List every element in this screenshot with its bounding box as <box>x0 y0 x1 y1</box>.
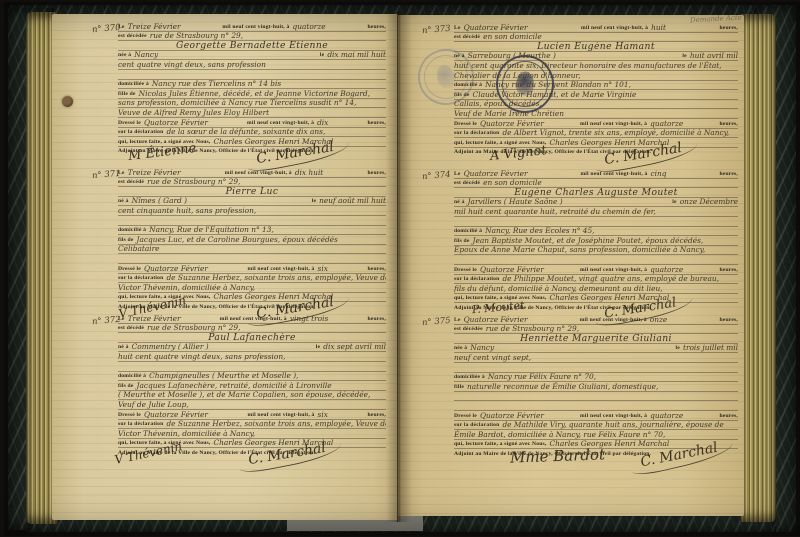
record-row: Pierre Luc <box>118 187 386 197</box>
handwritten-text: Nancy rue du Sergent Blandan n° 101, <box>485 81 631 89</box>
record-row <box>118 254 386 264</box>
handwritten-text: Nîmes ( Gard ) <box>132 197 187 205</box>
record-row: fils deJacques Lafanechère, retraité, do… <box>118 381 386 391</box>
handwritten-text: neuf août mil huit <box>319 197 386 205</box>
printed-label: mil neuf cent vingt-huit, à <box>580 171 647 178</box>
printed-label: sur la déclaration <box>454 276 499 283</box>
handwritten-text: cinq <box>651 170 667 178</box>
handwritten-text: rue de Strasbourg n° 29, <box>147 178 240 186</box>
record-row: né àJarvillers ( Haute Saône )leonze Déc… <box>454 198 738 208</box>
record-row <box>454 401 738 411</box>
handwritten-text: neuf cent vingt sept, <box>454 354 531 362</box>
handwritten-text: Époux de Anne Marie Chaput, sans profess… <box>454 246 705 254</box>
printed-label: le <box>312 198 316 205</box>
printed-label: domicilié à <box>454 228 482 235</box>
record-row: est décédéerue de Strasbourg n° 29, <box>118 32 386 42</box>
handwritten-text: de Suzanne Herbez, soixante trois ans, e… <box>166 420 386 428</box>
handwritten-text: six <box>318 265 328 273</box>
printed-label: heures, <box>367 266 386 273</box>
handwritten-text: Victor Thévenin, domiciliée à Nancy, <box>118 430 255 438</box>
record-row: Victor Thévenin, domiciliée à Nancy, <box>118 283 386 293</box>
handwritten-text: cent cinquante huit, sans profession, <box>118 207 256 215</box>
handwritten-text: Quatorze Février <box>480 412 544 420</box>
printed-label: mil neuf cent vingt-huit, à <box>247 120 314 127</box>
printed-label: mil neuf cent vingt-huit, à <box>580 317 647 324</box>
printed-label: Le <box>118 170 125 177</box>
printed-label: fils de <box>118 237 134 244</box>
printed-label: Le <box>118 24 125 31</box>
punch-hole <box>62 96 73 107</box>
register-page-right: Demande Acte n° 373LeQuatorze Févriermil… <box>398 15 744 516</box>
printed-label: né à <box>454 199 465 206</box>
printed-label: mil neuf cent vingt-huit, à <box>580 121 647 128</box>
handwritten-text: Paul Lafanechère <box>208 333 296 342</box>
handwritten-text: Veuve de Alfred Remy Jules Eloy Hilbert <box>118 109 269 117</box>
printed-label: sur la déclaration <box>118 421 163 428</box>
printed-label: est décédé <box>118 179 144 186</box>
record-row: mil huit cent quarante huit, retraité du… <box>454 207 738 217</box>
handwritten-text: Quatorze Février <box>464 316 528 324</box>
record-row: Dressé leQuatorze Févriermil neuf cent v… <box>454 119 738 129</box>
record-row: est décédéen son domicile <box>454 33 738 43</box>
handwritten-text: quatorze <box>650 412 683 420</box>
death-record-entry: LeTreize Févriermil neuf cent vingt-huit… <box>118 314 386 457</box>
record-row: sur la déclarationde Albert Vignot, tren… <box>454 129 738 139</box>
record-row: domicilié àNancy, Rue de l'Équitation n°… <box>118 226 386 236</box>
record-row: LeQuatorze Févriermil neuf cent vingt-hu… <box>454 315 738 325</box>
record-row: LeTreize Févriermil neuf cent vingt-huit… <box>118 314 386 324</box>
handwritten-text: Célibataire <box>118 245 160 253</box>
record-row: née àNancyletrois juillet mil <box>454 344 738 354</box>
handwritten-text: Jacques Luc, et de Caroline Bourgues, ép… <box>137 236 338 244</box>
record-row: Dressé leQuatorze Févriermil neuf cent v… <box>118 410 386 420</box>
handwritten-text: huit cent quatre vingt deux, sans profes… <box>118 353 285 361</box>
record-row: ( Meurthe et Moselle ), et de Marie Copa… <box>118 391 386 401</box>
record-row: sans profession, domiciliée à Nancy rue … <box>118 99 386 109</box>
printed-label: est décédée <box>118 33 147 40</box>
printed-label: née à <box>118 52 131 59</box>
record-row <box>118 70 386 80</box>
record-row: Eugène Charles Auguste Moutet <box>454 188 738 198</box>
handwritten-text: Quatorze Février <box>144 265 208 273</box>
record-row: sur la déclarationde Philippe Moutet, vi… <box>454 275 738 285</box>
record-row: huit cent quarante six, Directeur honora… <box>454 61 738 71</box>
printed-label: né à <box>118 344 129 351</box>
record-row: fils deJacques Luc, et de Caroline Bourg… <box>118 235 386 245</box>
handwritten-text: trois juillet mil <box>683 344 738 352</box>
printed-label: le <box>672 199 676 206</box>
handwritten-text: de la sœur de la défunte, soixante dix a… <box>166 128 325 136</box>
record-row: sur la déclarationde Suzanne Herbez, soi… <box>118 274 386 284</box>
record-row: Callais, époux décédés, <box>454 100 738 110</box>
death-record-entry: LeQuatorze Févriermil neuf cent vingt-hu… <box>454 23 738 156</box>
handwritten-text: de Albert Vignot, trente six ans, employ… <box>502 129 729 137</box>
printed-label: Le <box>118 316 125 323</box>
record-row: domiciliée àNancy rue Félix Faure n° 70, <box>454 373 738 383</box>
printed-label: domiciliée à <box>118 81 149 88</box>
printed-label: mil neuf cent vingt-huit, à <box>580 267 647 274</box>
printed-label: est décédé <box>454 34 480 41</box>
printed-label: le <box>676 345 680 352</box>
handwritten-text: six <box>318 411 328 419</box>
handwritten-text: Jacques Lafanechère, retraité, domicilié… <box>137 382 332 390</box>
record-row: Dressé leQuatorze Févriermil neuf cent v… <box>118 264 386 274</box>
record-row: est décédérue de Strasbourg n° 29, <box>118 324 386 334</box>
printed-label: sur la déclaration <box>454 422 499 429</box>
printed-label: heures, <box>367 120 386 127</box>
handwritten-text: Lucien Eugène Hamant <box>537 42 655 51</box>
handwritten-text: Émile Bardot, domiciliée à Nancy, rue Fé… <box>454 431 665 439</box>
handwritten-text: ( Meurthe et Moselle ), et de Marie Copa… <box>118 391 370 399</box>
entry-number: n° 374 <box>422 170 451 182</box>
handwritten-text: Chevalier de la Légion d'honneur, <box>454 72 581 80</box>
record-row: neuf cent vingt sept, <box>454 353 738 363</box>
printed-label: heures, <box>719 267 738 274</box>
handwritten-text: Quatorze Février <box>144 411 208 419</box>
printed-label: né à <box>118 198 129 205</box>
handwritten-text: onze <box>650 316 667 324</box>
record-row: né àNîmes ( Gard )leneuf août mil huit <box>118 197 386 207</box>
record-row: Dressé leQuatorze Févriermil neuf cent v… <box>118 118 386 128</box>
record-row: Dressé leQuatorze Févriermil neuf cent v… <box>454 411 738 421</box>
printed-label: née à <box>454 345 467 352</box>
page-stack-edges-right <box>740 14 776 522</box>
record-row: Henriette Marguerite Giuliani <box>454 334 738 344</box>
handwritten-text: Treize Février <box>128 315 181 323</box>
handwritten-text: de Philippe Moutet, vingt quatre ans, em… <box>502 275 719 283</box>
handwritten-text: Quatorze Février <box>480 266 544 274</box>
record-row: Célibataire <box>118 245 386 255</box>
handwritten-text: quatorze <box>650 266 683 274</box>
register-page-left: n° 370LeTreize Févriermil neuf cent ving… <box>52 14 398 520</box>
printed-label: fille <box>454 384 464 391</box>
printed-label: mil neuf cent vingt-huit, à <box>247 412 314 419</box>
handwritten-text: quatorze <box>292 23 325 31</box>
printed-label: domicilié à <box>118 227 146 234</box>
handwritten-text: Henriette Marguerite Giuliani <box>520 334 672 343</box>
printed-label: Dressé le <box>118 120 141 127</box>
handwritten-text: Jarvillers ( Haute Saône ) <box>468 198 563 206</box>
record-row: cent quatre vingt deux, sans profession <box>118 60 386 70</box>
handwritten-text: rue de Strasbourg n° 29, <box>147 324 240 332</box>
printed-label: Dressé le <box>454 267 477 274</box>
record-row: est décédéerue de Strasbourg n° 29, <box>454 325 738 335</box>
printed-label: Le <box>454 25 461 32</box>
printed-label: est décédée <box>454 326 483 333</box>
printed-label: mil neuf cent vingt-huit, à <box>222 24 289 31</box>
handwritten-text: cent quatre vingt deux, sans profession <box>118 61 266 69</box>
printed-label: mil neuf cent vingt-huit, à <box>581 25 648 32</box>
entry-number: n° 371 <box>92 169 121 181</box>
handwritten-text: naturelle reconnue de Émilie Giuliani, d… <box>467 383 658 391</box>
printed-label: domiciliée à <box>454 374 485 381</box>
handwritten-text: de Mathilde Viry, quarante huit ans, jou… <box>502 421 723 429</box>
handwritten-text: Nancy rue des Tiercelins n° 14 bis <box>152 80 281 88</box>
printed-label: Dressé le <box>118 266 141 273</box>
record-row: sur la déclarationde la sœur de la défun… <box>118 128 386 138</box>
printed-label: heures, <box>367 24 386 31</box>
printed-label: né à <box>454 53 465 60</box>
record-row: domicilié àChampigneulles ( Meurthe et M… <box>118 372 386 382</box>
entry-number: n° 373 <box>422 24 451 36</box>
printed-label: est décédé <box>454 180 480 187</box>
printed-label: mil neuf cent vingt-huit, à <box>220 316 287 323</box>
death-record-entry: LeQuatorze Févriermil neuf cent vingt-hu… <box>454 169 738 312</box>
printed-label: le <box>320 52 324 59</box>
printed-label: domicilié à <box>118 373 146 380</box>
printed-label: fils de <box>454 92 470 99</box>
record-row: Veuve de Alfred Remy Jules Eloy Hilbert <box>118 108 386 118</box>
record-row: LeQuatorze Févriermil neuf cent vingt-hu… <box>454 23 738 33</box>
entry-number: n° 375 <box>422 316 451 328</box>
record-row: né àCommentry ( Allier )ledix sept avril… <box>118 343 386 353</box>
handwritten-text: dix huit <box>295 169 323 177</box>
handwritten-text: quatorze <box>650 120 683 128</box>
printed-label: mil neuf cent vingt-huit, à <box>580 413 647 420</box>
entry-number: n° 372 <box>92 315 121 327</box>
handwritten-text: en son domicile <box>483 179 542 187</box>
handwritten-text: Georgette Bernadette Étienne <box>176 41 328 50</box>
printed-label: Dressé le <box>454 121 477 128</box>
record-row: fils deJean Baptiste Moutet, et de Josép… <box>454 236 738 246</box>
printed-label: fille de <box>118 91 136 98</box>
handwritten-text: Nancy rue Félix Faure n° 70, <box>488 373 596 381</box>
printed-label: Le <box>454 317 461 324</box>
handwritten-text: Quatorze Février <box>464 24 528 32</box>
printed-label: heures, <box>367 170 386 177</box>
handwritten-text: sans profession, domiciliée à Nancy rue … <box>118 99 356 107</box>
handwritten-text: Quatorze Février <box>464 170 528 178</box>
record-row: Émile Bardot, domiciliée à Nancy, rue Fé… <box>454 430 738 440</box>
printed-label: sur la déclaration <box>118 129 163 136</box>
record-row: est décédéen son domicile <box>454 179 738 189</box>
record-row: Époux de Anne Marie Chaput, sans profess… <box>454 246 738 256</box>
handwritten-text: Nancy, Rue des Écoles n° 45, <box>485 227 594 235</box>
record-row: sur la déclarationde Mathilde Viry, quar… <box>454 421 738 431</box>
handwritten-text: rue de Strasbourg n° 29, <box>150 32 243 40</box>
record-row: LeTreize Févriermil neuf cent vingt-huit… <box>118 22 386 32</box>
handwritten-text: Nicolas Jules Étienne, décédé, et de Jea… <box>139 90 370 98</box>
printed-label: heures, <box>719 25 738 32</box>
record-row: domiciliée àNancy rue des Tiercelins n° … <box>118 80 386 90</box>
record-row: né àSarrebourg ( Meurthe )lehuit avril m… <box>454 52 738 62</box>
handwritten-text: Pierre Luc <box>226 187 279 196</box>
record-row: fils du défunt, domicilié à Nancy, demeu… <box>454 284 738 294</box>
record-row: Veuf de Marie Irène Chrétien <box>454 109 738 119</box>
death-record-entry: LeTreize Févriermil neuf cent vingt-huit… <box>118 168 386 311</box>
handwritten-text: Nancy <box>470 344 494 352</box>
record-row: domicilié àNancy, Rue des Écoles n° 45, <box>454 227 738 237</box>
record-row: Victor Thévenin, domiciliée à Nancy, <box>118 429 386 439</box>
entry-number: n° 370 <box>92 23 121 35</box>
signature: Mme Bardot <box>510 445 606 466</box>
handwritten-text: vingt trois <box>290 315 328 323</box>
book-gutter-shadow <box>386 12 412 522</box>
printed-label: heures, <box>719 413 738 420</box>
record-row: fillenaturelle reconnue de Émilie Giulia… <box>454 382 738 392</box>
record-row: sur la déclarationde Suzanne Herbez, soi… <box>118 420 386 430</box>
record-row <box>454 363 738 373</box>
handwritten-text: Victor Thévenin, domiciliée à Nancy, <box>118 284 255 292</box>
handwritten-text: Treize Février <box>128 23 181 31</box>
printed-label: est décédé <box>118 325 144 332</box>
printed-label: domicilié à <box>454 82 482 89</box>
handwritten-text: Treize Février <box>128 169 181 177</box>
handwritten-text: Jean Baptiste Moutet, et de Joséphine Po… <box>473 237 704 245</box>
printed-label: sur la déclaration <box>454 130 499 137</box>
printed-label: heures, <box>367 316 386 323</box>
printed-label: Dressé le <box>118 412 141 419</box>
record-row <box>118 362 386 372</box>
handwritten-text: huit avril mil <box>690 52 738 60</box>
printed-label: fils de <box>454 238 470 245</box>
handwritten-text: fils du défunt, domicilié à Nancy, demeu… <box>454 285 663 293</box>
photograph-of-register: n° 370LeTreize Févriermil neuf cent ving… <box>0 0 800 537</box>
printed-label: Le <box>454 171 461 178</box>
record-row: née àNancyledix mai mil huit <box>118 51 386 61</box>
record-row: LeTreize Févriermil neuf cent vingt-huit… <box>118 168 386 178</box>
handwritten-text: huit cent quarante six, Directeur honora… <box>454 62 722 70</box>
printed-label: sur la déclaration <box>118 275 163 282</box>
handwritten-text: Eugène Charles Auguste Moutet <box>514 188 677 197</box>
handwritten-text: Quatorze Février <box>480 120 544 128</box>
handwritten-text: Commentry ( Allier ) <box>132 343 209 351</box>
record-row <box>454 255 738 265</box>
printed-label: Dressé le <box>454 413 477 420</box>
record-row: Paul Lafanechère <box>118 333 386 343</box>
record-row: huit cent quatre vingt deux, sans profes… <box>118 352 386 362</box>
handwritten-text: Veuf de Marie Irène Chrétien <box>454 110 564 118</box>
printed-label: mil neuf cent vingt-huit, à <box>225 170 292 177</box>
handwritten-text: de Suzanne Herbez, soixante trois ans, e… <box>166 274 386 282</box>
handwritten-text: dix <box>317 119 328 127</box>
handwritten-text: dix sept avril mil <box>323 343 386 351</box>
handwritten-text: mil huit cent quarante huit, retraité du… <box>454 208 656 216</box>
record-row: cent cinquante huit, sans profession, <box>118 206 386 216</box>
handwritten-text: Quatorze Février <box>144 119 208 127</box>
handwritten-text: Veuf de Julie Loup, <box>118 401 189 409</box>
record-row: fille deNicolas Jules Étienne, décédé, e… <box>118 89 386 99</box>
handwritten-text: dix mai mil huit <box>327 51 386 59</box>
handwritten-text: Sarrebourg ( Meurthe ) <box>468 52 556 60</box>
record-row <box>118 216 386 226</box>
printed-label: heures, <box>719 317 738 324</box>
record-row: LeQuatorze Févriermil neuf cent vingt-hu… <box>454 169 738 179</box>
printed-label: mil neuf cent vingt-huit, à <box>247 266 314 273</box>
record-row: est décédérue de Strasbourg n° 29, <box>118 178 386 188</box>
handwritten-text: en son domicile <box>483 33 542 41</box>
record-row: Dressé leQuatorze Févriermil neuf cent v… <box>454 265 738 275</box>
handwritten-text: Nancy, Rue de l'Équitation n° 13, <box>149 226 274 234</box>
death-record-entry: LeQuatorze Févriermil neuf cent vingt-hu… <box>454 315 738 458</box>
death-record-entry: LeTreize Févriermil neuf cent vingt-huit… <box>118 22 386 155</box>
handwritten-text: huit <box>651 24 666 32</box>
handwritten-text: Claude Victor Hamant, et de Marie Virgin… <box>473 91 637 99</box>
handwritten-text: Champigneulles ( Meurthe et Moselle ), <box>149 372 298 380</box>
record-row: Veuf de Julie Loup, <box>118 400 386 410</box>
record-row <box>454 217 738 227</box>
book-fold-line <box>397 12 398 522</box>
printed-label: le <box>316 344 320 351</box>
printed-label: le <box>682 53 686 60</box>
printed-label: heures, <box>719 121 738 128</box>
record-row: domicilié àNancy rue du Sergent Blandan … <box>454 81 738 91</box>
record-row: Lucien Eugène Hamant <box>454 42 738 52</box>
handwritten-text: onze Décembre <box>680 198 738 206</box>
record-row: Georgette Bernadette Étienne <box>118 41 386 51</box>
handwritten-text: rue de Strasbourg n° 29, <box>486 325 579 333</box>
record-row <box>454 392 738 402</box>
handwritten-text: Nancy <box>134 51 158 59</box>
printed-label: heures, <box>719 171 738 178</box>
handwritten-text: Callais, époux décédés, <box>454 100 542 108</box>
record-row: Chevalier de la Légion d'honneur, <box>454 71 738 81</box>
printed-label: fils de <box>118 383 134 390</box>
record-row: fils deClaude Victor Hamant, et de Marie… <box>454 90 738 100</box>
printed-label: heures, <box>367 412 386 419</box>
